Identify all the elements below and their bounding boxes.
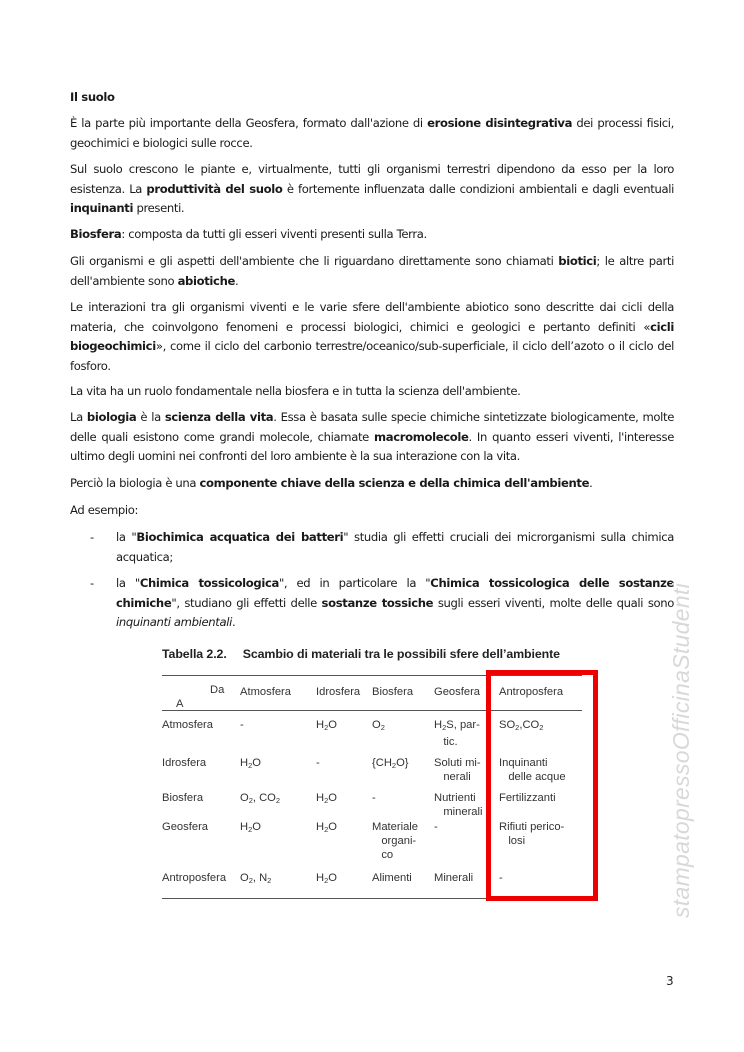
corner-from-label: Da	[210, 683, 224, 697]
document-page: Il suolo È la parte più importante della…	[0, 0, 744, 1052]
page-number: 3	[666, 974, 674, 988]
table-cell: H2S, par- tic.	[434, 718, 480, 749]
table-cell: -	[434, 820, 438, 834]
table-cell: -	[316, 756, 320, 770]
table-cell: O2, N2	[240, 871, 271, 888]
row-label: Biosfera	[162, 791, 203, 805]
bullet-text: la "Chimica tossicologica", ed in partic…	[116, 574, 674, 633]
corner-to-label: A	[176, 697, 183, 711]
row-label: Antroposfera	[162, 871, 226, 885]
table-caption: Tabella 2.2.Scambio di materiali tra le …	[162, 647, 560, 661]
paragraph-vita: La vita ha un ruolo fondamentale nella b…	[70, 382, 674, 402]
table-cell: Nutrienti minerali	[434, 791, 483, 819]
bullet-dash: -	[90, 574, 94, 594]
column-header: Geosfera	[434, 685, 480, 699]
bullet-text: la "Biochimica acquatica dei batteri" st…	[116, 528, 674, 567]
table-cell: O2	[372, 718, 385, 735]
table-cell: -	[240, 718, 244, 732]
section-heading: Il suolo	[70, 88, 674, 108]
table-cell: -	[372, 791, 376, 805]
table-cell: H2O	[316, 718, 337, 735]
highlight-box	[486, 670, 598, 901]
row-label: Geosfera	[162, 820, 208, 834]
table-cell: Minerali	[434, 871, 473, 885]
column-header: Biosfera	[372, 685, 413, 699]
column-header: Idrosfera	[316, 685, 360, 699]
paragraph-ad-esempio: Ad esempio:	[70, 501, 674, 521]
table-cell: Materiale organi- co	[372, 820, 418, 862]
table-cell: H2O	[316, 820, 337, 837]
paragraph-suolo-productivity: Sul suolo crescono le piante e, virtualm…	[70, 160, 674, 219]
table-cell: H2O	[316, 791, 337, 808]
paragraph-componente: Perciò la biologia è una componente chia…	[70, 474, 674, 494]
column-header: Atmosfera	[240, 685, 291, 699]
table-cell: Alimenti	[372, 871, 412, 885]
paragraph-suolo-definition: È la parte più importante della Geosfera…	[70, 114, 674, 153]
paragraph-biosfera: Biosfera: composta da tutti gli esseri v…	[70, 225, 674, 245]
table-cell: H2O	[240, 756, 261, 773]
paragraph-biotici: Gli organismi e gli aspetti dell'ambient…	[70, 252, 674, 291]
row-label: Atmosfera	[162, 718, 213, 732]
table-cell: Soluti mi- nerali	[434, 756, 481, 784]
watermark: stampatopressoOfficinaStudenti	[668, 583, 695, 918]
paragraph-cicli: Le interazioni tra gli organismi viventi…	[70, 298, 674, 376]
table-cell: H2O	[316, 871, 337, 888]
bullet-dash: -	[90, 528, 94, 548]
table-cell: O2, CO2	[240, 791, 280, 808]
row-label: Idrosfera	[162, 756, 206, 770]
paragraph-biologia: La biologia è la scienza della vita. Ess…	[70, 408, 674, 467]
table-cell: {CH2O}	[372, 756, 409, 773]
table-cell: H2O	[240, 820, 261, 837]
